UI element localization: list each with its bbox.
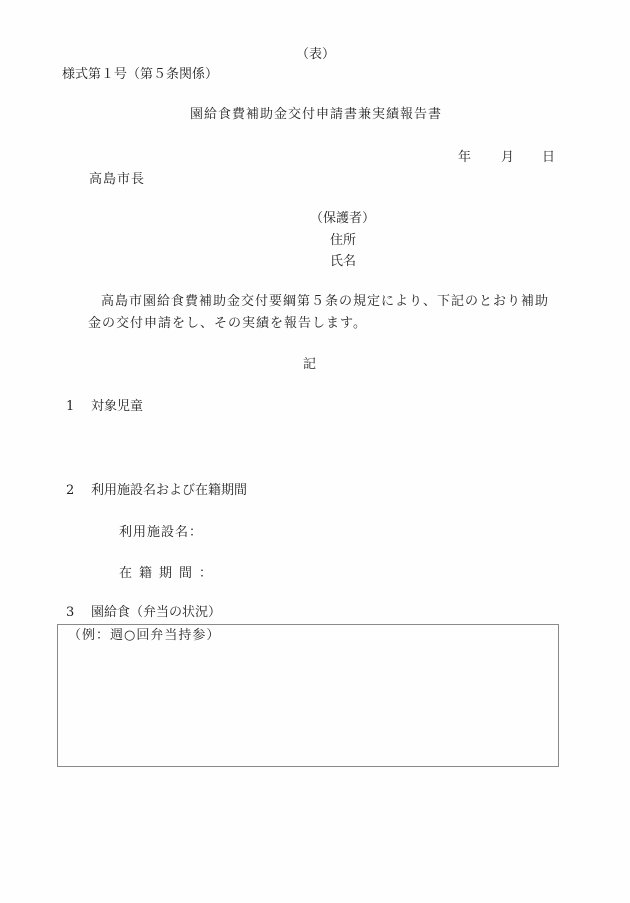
section-3-number: 3 bbox=[66, 605, 74, 621]
section-1-title: 対象児童 bbox=[91, 399, 143, 415]
address-label: 住所 bbox=[330, 233, 356, 249]
section-1-number: 1 bbox=[66, 399, 74, 415]
ki-heading: 記 bbox=[303, 357, 316, 373]
body-line-2: 金の交付申請をし、その実績を報告します。 bbox=[88, 316, 367, 332]
section-2-number: 2 bbox=[66, 483, 74, 499]
section-2-title: 利用施設名および在籍期間 bbox=[91, 483, 247, 499]
body-line-1: 高島市園給食費補助金交付要綱第５条の規定により、下記のとおり補助 bbox=[101, 294, 549, 310]
applicant-label: （保護者） bbox=[310, 211, 375, 227]
addressee: 高島市長 bbox=[89, 172, 145, 188]
side-label: （表） bbox=[296, 47, 335, 63]
form-number: 様式第１号（第５条関係） bbox=[62, 67, 218, 83]
section-3-title: 園給食（弁当の状況） bbox=[91, 605, 221, 621]
date-day-label: 日 bbox=[542, 150, 555, 166]
facility-name-label: 利用施設名： bbox=[119, 525, 203, 541]
date-year-label: 年 bbox=[458, 150, 471, 166]
lunch-status-example: （例：週○回弁当持参） bbox=[68, 628, 220, 644]
lunch-status-box[interactable]: （例：週○回弁当持参） bbox=[57, 624, 559, 767]
date-month-label: 月 bbox=[501, 150, 514, 166]
name-label: 氏名 bbox=[330, 254, 356, 270]
document-title: 園給食費補助金交付申請書兼実績報告書 bbox=[190, 107, 442, 123]
enrollment-period-label: 在籍期間： bbox=[119, 566, 219, 582]
